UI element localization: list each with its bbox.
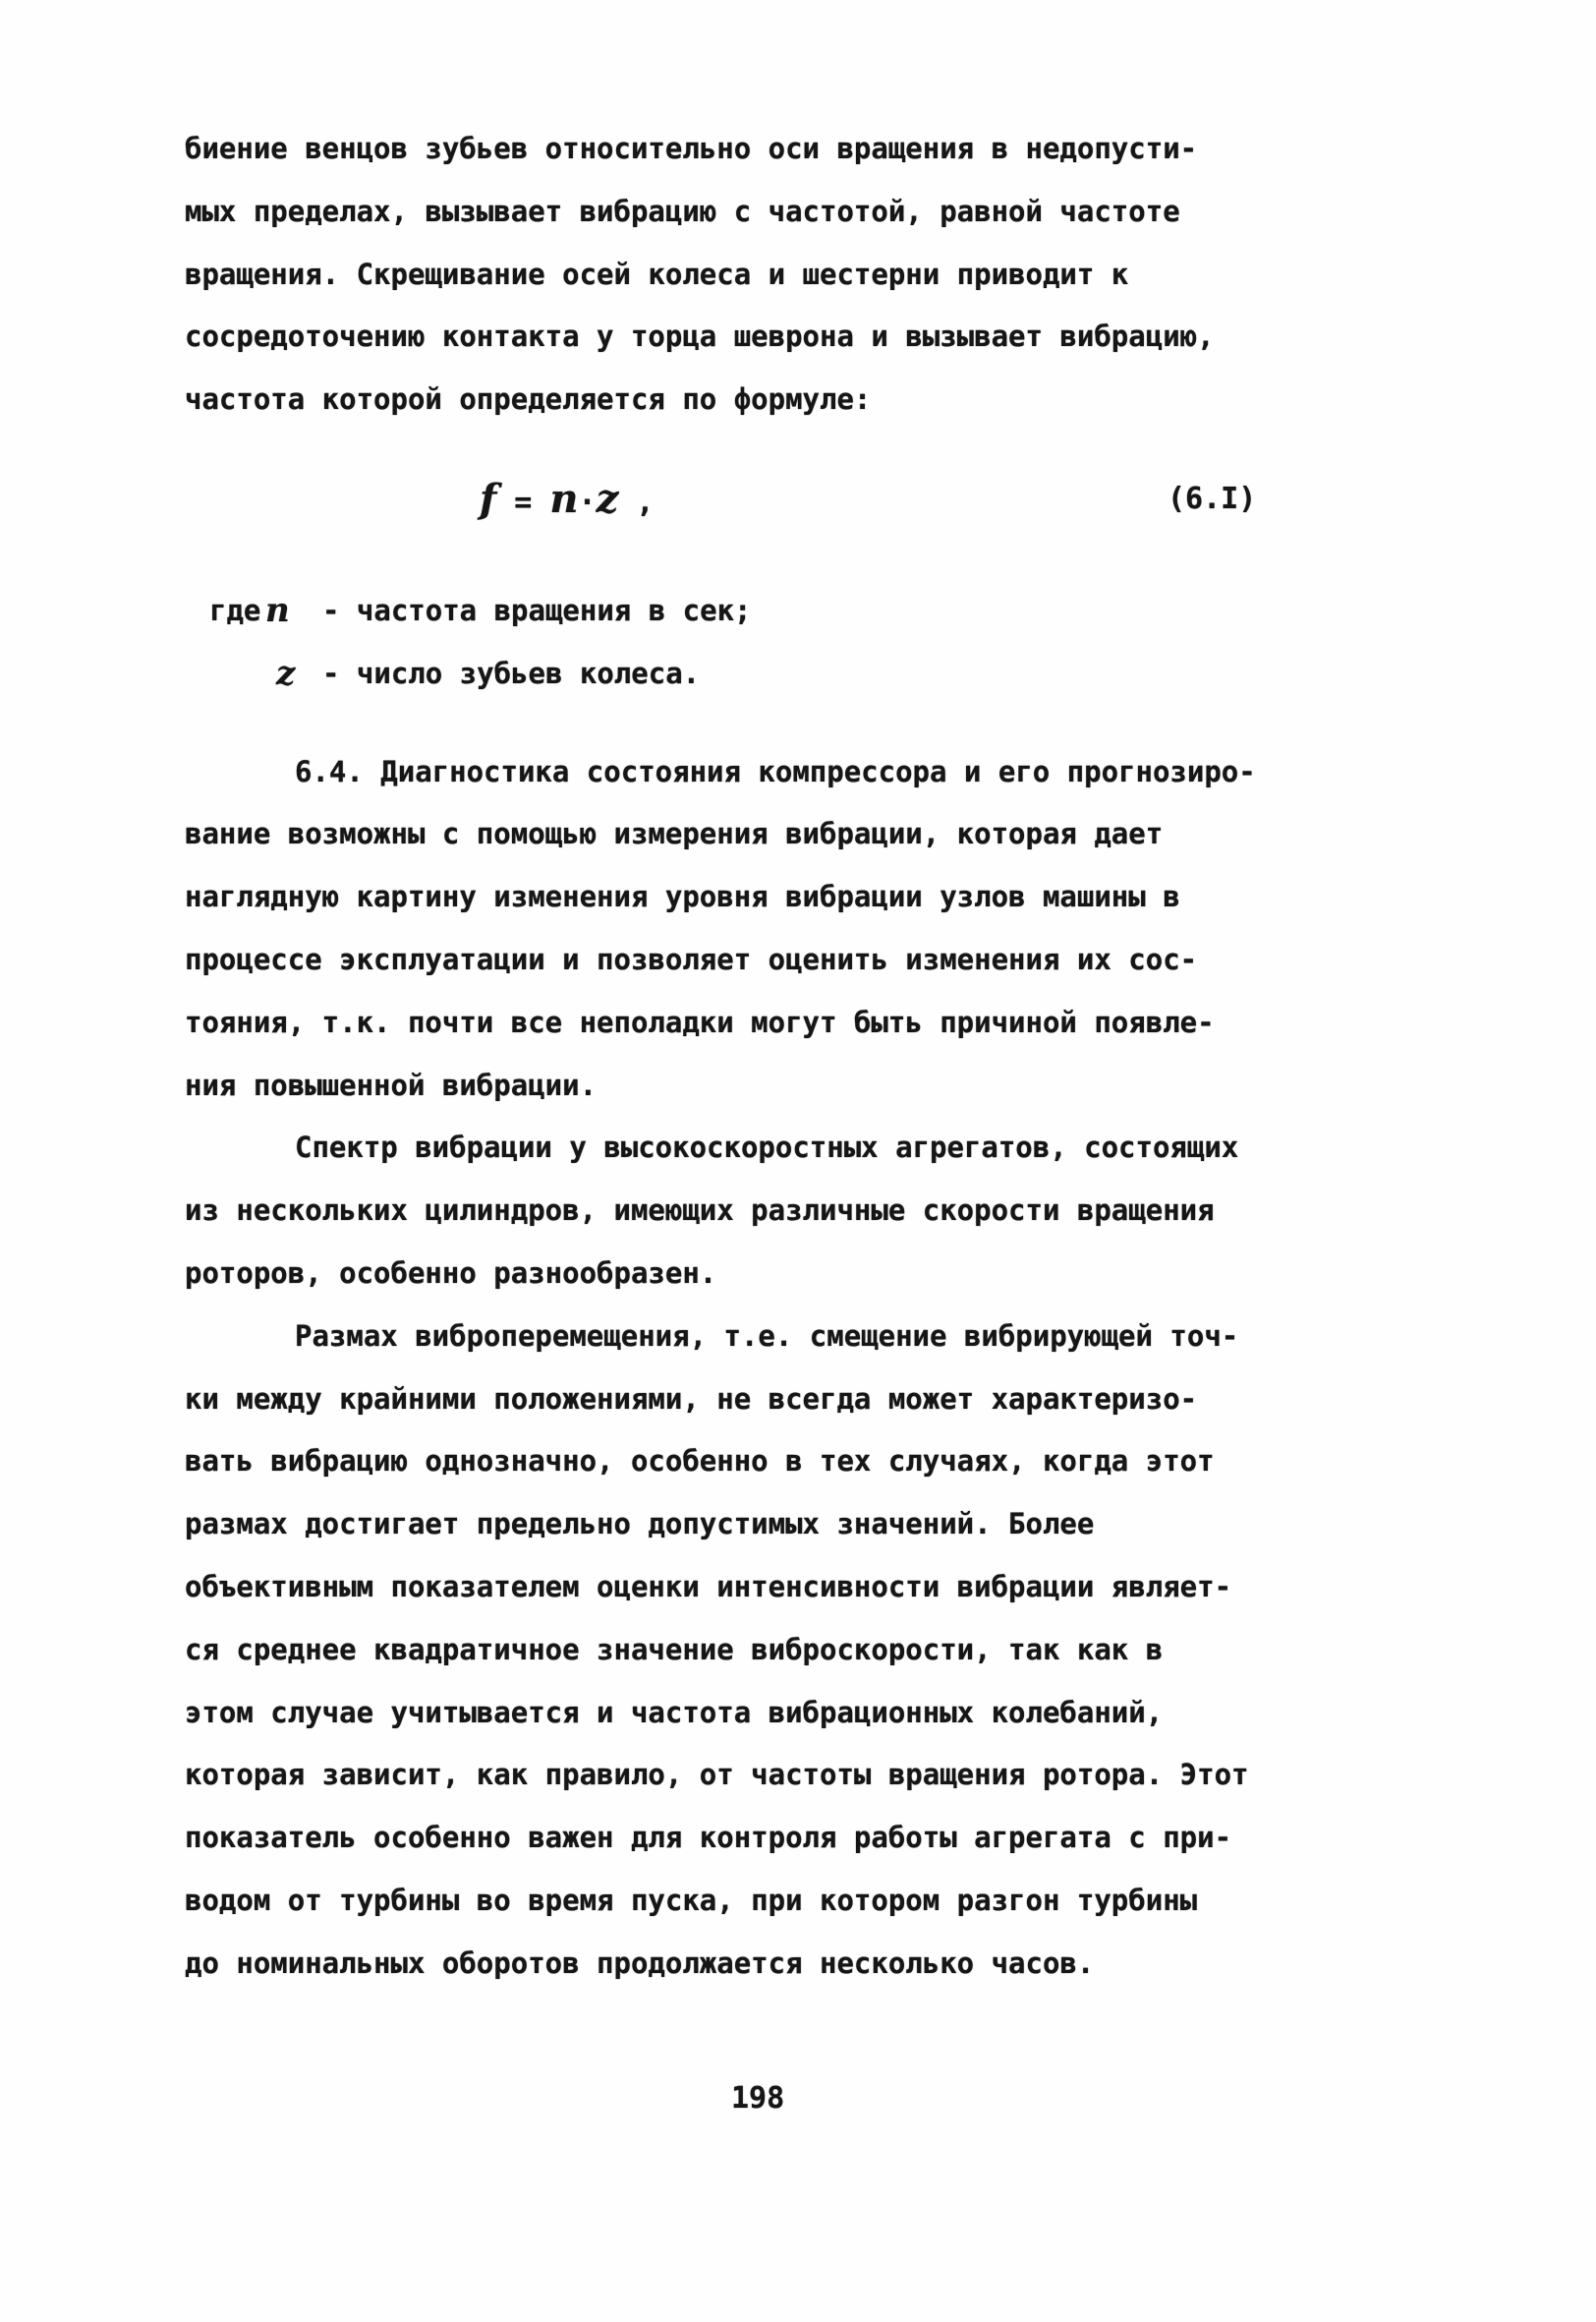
definition-text: - число зубьев колеса. <box>322 643 700 706</box>
intro-paragraph: биение венцов зубьев относительно оси вр… <box>185 118 1521 432</box>
text-line: мых пределах, вызывает вибрацию с частот… <box>185 181 1521 244</box>
text-line: частота которой определяется по формуле: <box>185 369 1521 432</box>
text-line: размах достигает предельно допустимых зн… <box>185 1493 1521 1556</box>
text-line: тояния, т.к. почти все неполадки могут б… <box>185 992 1521 1055</box>
text-line: Спектр вибрации у высокоскоростных агрег… <box>185 1117 1521 1180</box>
text-line: ки между крайними положениями, не всегда… <box>185 1368 1521 1431</box>
multiplication-dot: · <box>579 486 597 520</box>
text-line: водом от турбины во время пуска, при кот… <box>185 1870 1521 1933</box>
text-line: биение венцов зубьев относительно оси вр… <box>185 118 1521 181</box>
formula-factor-n: n <box>549 476 578 522</box>
text-line: роторов, особенно разнообразен. <box>185 1243 1521 1306</box>
text-block: биение венцов зубьев относительно оси вр… <box>185 118 1521 1996</box>
text-line: вание возможны с помощью измерения вибра… <box>185 803 1521 866</box>
text-line: до номинальных оборотов продолжается нес… <box>185 1933 1521 1996</box>
formula-lhs: f <box>480 476 496 522</box>
equals-sign: = <box>496 486 549 520</box>
definition-lead: где <box>209 580 260 643</box>
text-line: из нескольких цилиндров, имеющих различн… <box>185 1180 1521 1243</box>
text-line: сосредоточению контакта у торца шеврона … <box>185 306 1521 369</box>
text-line: процессе эксплуатации и позволяет оценит… <box>185 929 1521 992</box>
formula-comma: , <box>618 486 654 520</box>
scanned-page: биение венцов зубьев относительно оси вр… <box>0 0 1596 2322</box>
text-line: объективным показателем оценки интенсивн… <box>185 1556 1521 1619</box>
formula-expression: f = n·z , <box>480 461 654 542</box>
text-line: показатель особенно важен для контроля р… <box>185 1807 1521 1870</box>
formula-block: f = n·z , (6.I) <box>185 461 1521 538</box>
text-line: ния повышенной вибрации. <box>185 1055 1521 1118</box>
definition-line-n: где n - частота вращения в сек; <box>185 580 1521 643</box>
formula-factor-z: z <box>597 476 619 522</box>
text-line: Размах виброперемещения, т.е. смещение в… <box>185 1306 1521 1368</box>
text-line: вращения. Скрещивание осей колеса и шест… <box>185 244 1521 307</box>
text-line: ся среднее квадратичное значение виброск… <box>185 1619 1521 1682</box>
paragraph-displacement: Размах виброперемещения, т.е. смещение в… <box>185 1306 1521 1996</box>
formula-number: (6.I) <box>1168 461 1256 538</box>
text-line: наглядную картину изменения уровня вибра… <box>185 866 1521 929</box>
text-line: которая зависит, как правило, от частоты… <box>185 1744 1521 1807</box>
page-number: 198 <box>731 2074 849 2123</box>
definition-text: - частота вращения в сек; <box>322 580 752 643</box>
definition-line-z: z - число зубьев колеса. <box>185 643 1521 706</box>
paragraph-6-4: 6.4. Диагностика состояния компрессора и… <box>185 741 1521 1118</box>
text-line: 6.4. Диагностика состояния компрессора и… <box>185 741 1521 804</box>
symbol-z: z <box>276 643 295 706</box>
text-line: вать вибрацию однозначно, особенно в тех… <box>185 1430 1521 1493</box>
symbol-n: n <box>265 580 290 643</box>
text-line: этом случае учитывается и частота вибрац… <box>185 1682 1521 1745</box>
paragraph-spectrum: Спектр вибрации у высокоскоростных агрег… <box>185 1117 1521 1305</box>
